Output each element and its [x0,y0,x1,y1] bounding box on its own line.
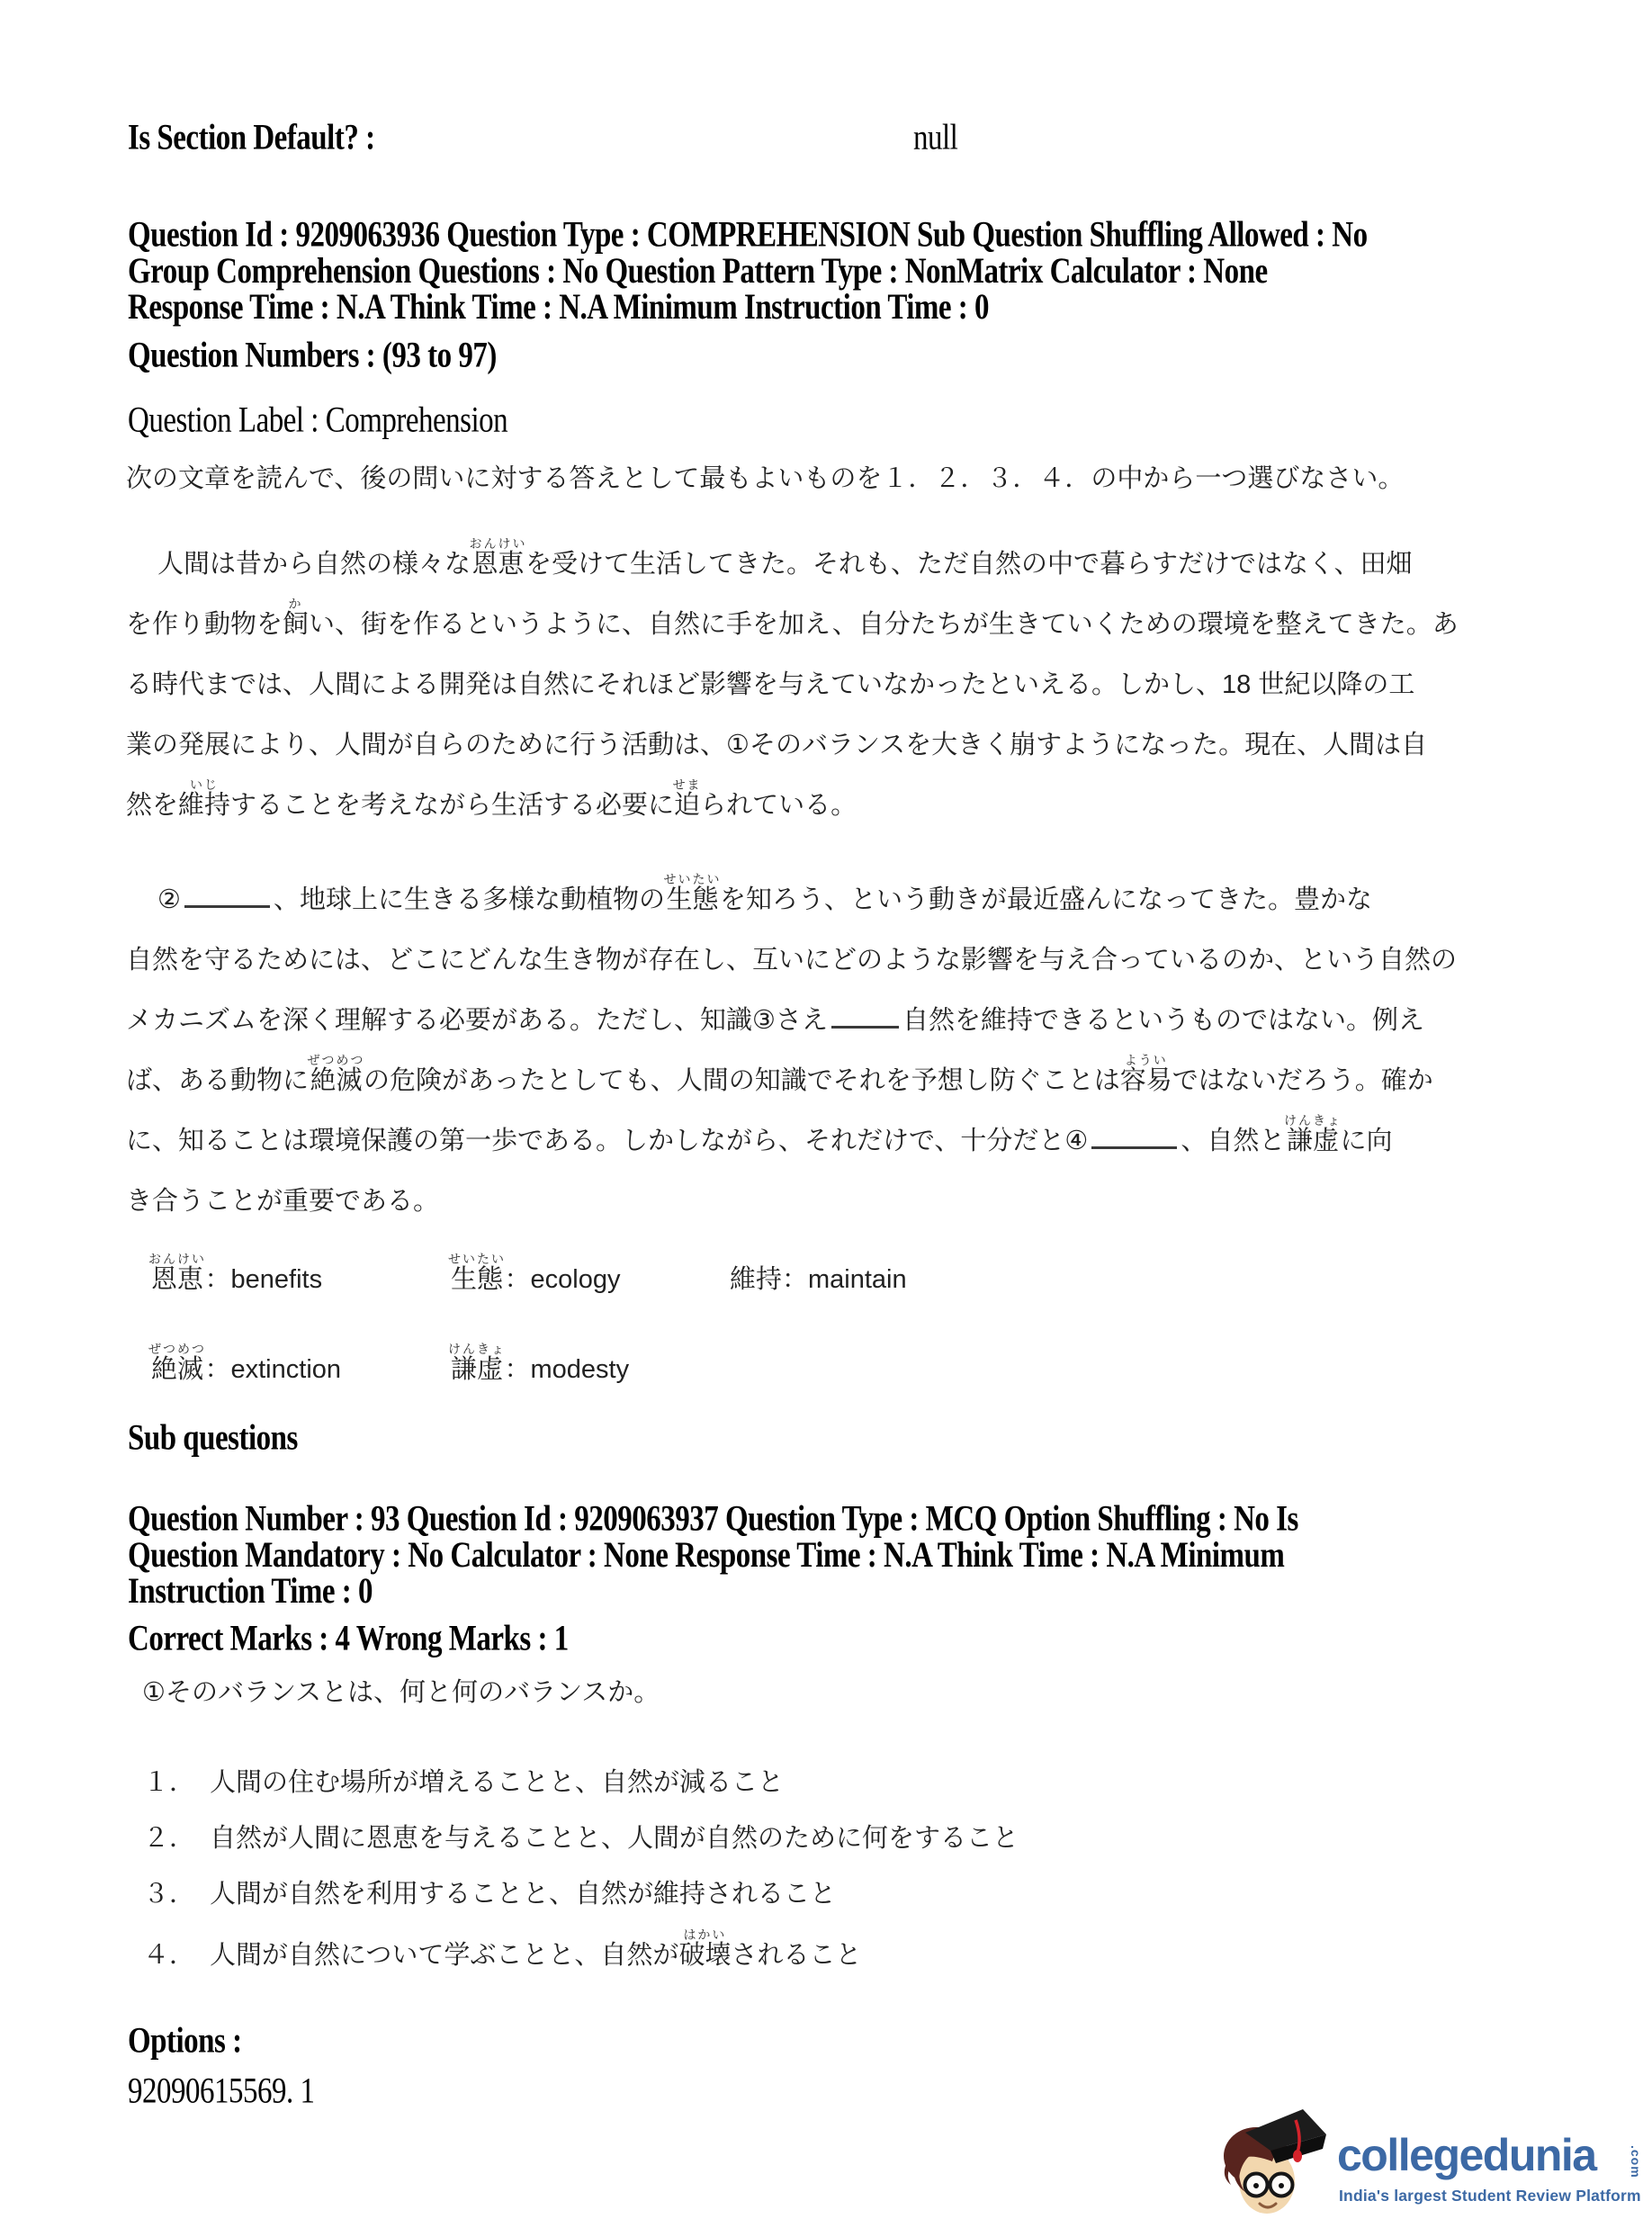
vocab-item-text: 謙虚けんきょ：modesty [448,1355,629,1384]
vocab-item-text: 絶滅ぜつめつ：extinction [148,1355,341,1384]
passage-line-text: を作り動物を飼かい、街を作るというように、自然に手を加え、自分たちが生きていくた… [126,597,1459,638]
passage-line: 業の発展により、人間が自らのために行う活動は、①そのバランスを大きく崩すようにな… [126,698,1530,759]
passage-line-text: ②、地球上に生きる多様な動植物の生態せいたいを知ろう、という動きが最近盛んになっ… [157,872,1372,913]
option-text: 人間が自然を利用することと、自然が維持されること [210,1882,836,1908]
furigana-word: 謙虚けんきょ [448,1355,505,1384]
furigana-word: 生態せいたい [448,1265,505,1294]
meta-line: Instruction Time : 0 [128,1575,1298,1611]
question-93-prompt: ①そのバランスとは、何と何のバランスか。 [142,1643,660,1706]
meta-line: Question Mandatory : No Calculator : Non… [128,1538,1298,1574]
furigana-word: 絶滅ぜつめつ [309,1066,364,1095]
meta-line: Group Comprehension Questions : No Quest… [128,254,1368,290]
option-row: ２．自然が人間に恩恵を与えることと、人間が自然のために何をすること [143,1789,1019,1852]
furigana-word: 破壊はかい [678,1941,731,1970]
vocab-item: 謙虚けんきょ：modesty [448,1342,629,1383]
comprehension-passage: 次の文章を読んで、後の問いに対する答えとして最もよいものを１．２．３．４．の中か… [126,432,1530,1383]
options-footer-value: 92090615569. 1 [128,2074,315,2110]
brand-tagline: India's largest Student Review Platform [1339,2187,1641,2206]
question-93-prompt-text: ①そのバランスとは、何と何のバランスか。 [142,1680,660,1706]
passage-line-text: 人間は昔から自然の様々な恩恵おんけいを受けて生活してきた。それも、ただ自然の中で… [157,536,1412,578]
passage-line-text: メカニズムを深く理解する必要がある。ただし、知識③さえ自然を維持できるというもの… [126,1008,1424,1034]
fill-in-blank [184,903,270,908]
passage-line-text: 次の文章を読んで、後の問いに対する答えとして最もよいものを１．２．３．４．の中か… [126,466,1404,492]
passage-line: 次の文章を読んで、後の問いに対する答えとして最もよいものを１．２．３．４．の中か… [126,432,1530,492]
furigana-word: 恩恵おんけい [148,1265,205,1294]
vocab-item-text: 生態せいたい：ecology [448,1265,620,1294]
vocab-item: 絶滅ぜつめつ：extinction [148,1342,341,1383]
passage-line-text: る時代までは、人間による開発は自然にそれほど影響を与えていなかったといえる。しか… [126,672,1414,698]
passage-line: ば、ある動物に絶滅ぜつめつの危険があったとしても、人間の知識でそれを予想し防ぐこ… [126,1034,1530,1094]
passage-line-text: 業の発展により、人間が自らのために行う活動は、①そのバランスを大きく崩すようにな… [126,732,1427,759]
vocab-item: 生態せいたい：ecology [448,1252,620,1293]
meta-line: Response Time : N.A Think Time : N.A Min… [128,291,1368,327]
question-93-meta: Question Number : 93 Question Id : 92090… [128,1502,1298,1611]
option-row: ４．人間が自然について学ぶことと、自然が破壊はかいされること [143,1906,861,1969]
question-numbers: Question Numbers : (93 to 97) [128,338,497,374]
vocab-item-text: 維持：maintain [730,1265,907,1294]
passage-line-text: に、知ることは環境保護の第一歩である。しかしながら、それだけで、十分だと④、自然… [126,1113,1392,1154]
passage-line: 然を維持いじすることを考えながら生活する必要に迫せまられている。 [126,759,1530,819]
vocab-item-text: 恩恵おんけい：benefits [148,1265,322,1294]
section-default-row: Is Section Default? : null [128,121,1612,157]
passage-line-text: 然を維持いじすることを考えながら生活する必要に迫せまられている。 [126,777,857,819]
option-row: ３．人間が自然を利用することと、自然が維持されること [143,1845,836,1908]
collegedunia-logo: collegedunia .com India's largest Studen… [1215,2097,1652,2228]
furigana-word: 生態せいたい [665,885,720,914]
furigana-word: 容易ようい [1120,1066,1172,1095]
meta-line: Question Id : 9209063936 Question Type :… [128,218,1368,254]
brand-tld: .com [1629,2145,1643,2179]
meta-line: Question Number : 93 Question Id : 92090… [128,1502,1298,1538]
vocab-row: 絶滅ぜつめつ：extinction謙虚けんきょ：modesty [126,1323,1530,1383]
passage-line: 人間は昔から自然の様々な恩恵おんけいを受けて生活してきた。それも、ただ自然の中で… [126,517,1530,578]
passage-line: メカニズムを深く理解する必要がある。ただし、知識③さえ自然を維持できるというもの… [126,974,1530,1034]
fill-in-blank [831,1024,899,1029]
passage-line-text: ば、ある動物に絶滅ぜつめつの危険があったとしても、人間の知識でそれを予想し防ぐこ… [126,1053,1433,1094]
vocab-item: 維持：maintain [730,1267,907,1293]
brand-name: collegedunia [1337,2129,1596,2181]
option-number: ３． [143,1882,195,1908]
passage-line: 自然を守るためには、どこにどんな生き物が存在し、互いにどのような影響を与え合って… [126,913,1530,974]
sub-questions-heading: Sub questions [128,1421,298,1457]
fill-in-blank [1091,1145,1177,1149]
section-default-label: Is Section Default? : [128,119,375,158]
option-row: １．人間の住む場所が増えることと、自然が減ること [143,1733,784,1796]
collegedunia-mascot-icon [1218,2098,1337,2228]
passage-line: に、知ることは環境保護の第一歩である。しかしながら、それだけで、十分だと④、自然… [126,1094,1530,1154]
passage-line-text: 自然を守るためには、どこにどんな生き物が存在し、互いにどのような影響を与え合って… [126,948,1457,974]
furigana-word: 維持いじ [178,791,230,820]
section-default-value: null [913,121,957,157]
vocab-row: 恩恵おんけい：benefits生態せいたい：ecology維持：maintain [126,1233,1530,1293]
passage-line: る時代までは、人間による開発は自然にそれほど影響を与えていなかったといえる。しか… [126,638,1530,698]
furigana-word: 謙虚けんきょ [1285,1127,1340,1155]
furigana-word: 絶滅ぜつめつ [148,1355,205,1384]
passage-line: を作り動物を飼かい、街を作るというように、自然に手を加え、自分たちが生きていくた… [126,578,1530,638]
options-footer-label: Options : [128,2024,242,2060]
furigana-word: 飼か [283,610,309,639]
passage-line-text: き合うことが重要である。 [126,1189,439,1215]
furigana-word: 恩恵おんけい [471,550,525,579]
passage-line: き合うことが重要である。 [126,1154,1530,1215]
option-number: ４． [143,1943,195,1969]
furigana-word: 迫せま [674,791,700,820]
comprehension-meta: Question Id : 9209063936 Question Type :… [128,218,1368,327]
option-text: 人間が自然について学ぶことと、自然が破壊はかいされること [210,1927,861,1969]
vocab-item: 恩恵おんけい：benefits [148,1252,322,1293]
passage-line: ②、地球上に生きる多様な動植物の生態せいたいを知ろう、という動きが最近盛んになっ… [126,853,1530,913]
